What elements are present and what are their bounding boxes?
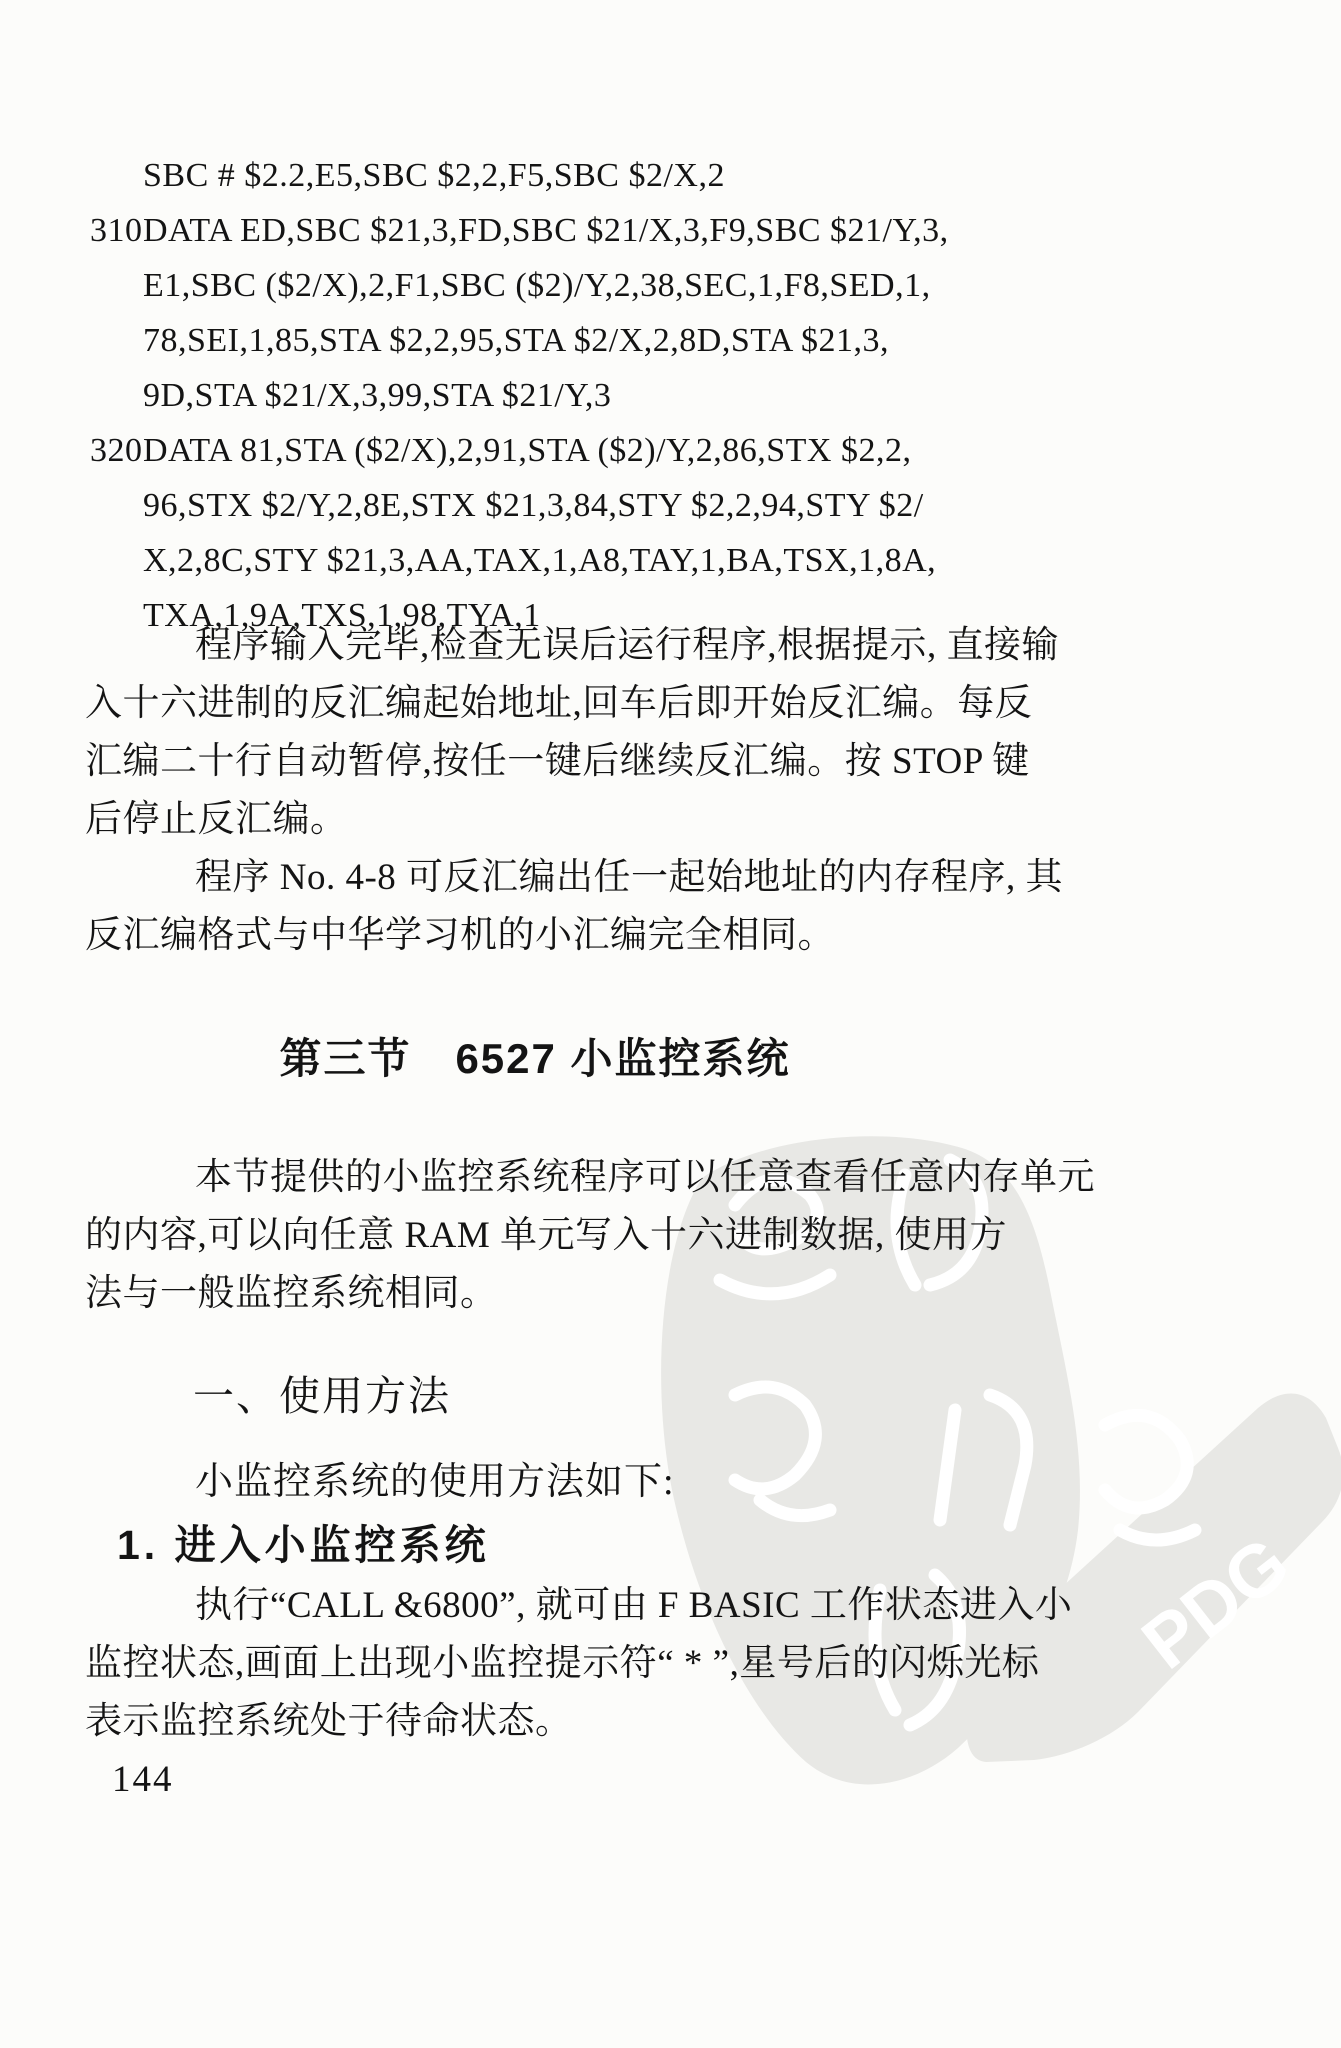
watermark-band [966, 1393, 1341, 1762]
watermark-pdg-text: PDG [1127, 1520, 1304, 1684]
text-line: 程序输入完毕,检查无误后运行程序,根据提示, 直接输 [85, 620, 985, 678]
basic-code-listing: SBC # $2.2,E5,SBC $2,2,F5,SBC $2/X,2 310… [90, 148, 1020, 643]
text-line: 表示监控系统处于待命状态。 [85, 1696, 985, 1754]
code-line-text: E1,SBC ($2/X),2,F1,SBC ($2)/Y,2,38,SEC,1… [143, 267, 931, 304]
code-line-text: SBC # $2.2,E5,SBC $2,2,F5,SBC $2/X,2 [143, 157, 725, 194]
text-line: 反汇编格式与中华学习机的小汇编完全相同。 [85, 910, 985, 968]
paragraph-enter-monitor: 执行“CALL &6800”, 就可由 F BASIC 工作状态进入小 监控状态… [85, 1580, 985, 1754]
text-line: 本节提供的小监控系统程序可以任意查看任意内存单元 [85, 1152, 985, 1210]
text-line: 监控状态,画面上出现小监控提示符“ * ”,星号后的闪烁光标 [85, 1638, 985, 1696]
code-line: 310DATA ED,SBC $21,3,FD,SBC $21/X,3,F9,S… [90, 203, 1020, 258]
code-line: 9D,STA $21/X,3,99,STA $21/Y,3 [90, 368, 1020, 423]
code-line: X,2,8C,STY $21,3,AA,TAX,1,A8,TAY,1,BA,TS… [90, 533, 1020, 588]
code-line-text: 96,STX $2/Y,2,8E,STX $21,3,84,STY $2,2,9… [143, 487, 924, 524]
code-line-text: 9D,STA $21/X,3,99,STA $21/Y,3 [143, 377, 611, 414]
code-line: 96,STX $2/Y,2,8E,STX $21,3,84,STY $2,2,9… [90, 478, 1020, 533]
code-line: SBC # $2.2,E5,SBC $2,2,F5,SBC $2/X,2 [90, 148, 1020, 203]
code-line-text: 78,SEI,1,85,STA $2,2,95,STA $2/X,2,8D,ST… [143, 322, 889, 359]
code-line-text: DATA 81,STA ($2/X),2,91,STA ($2)/Y,2,86,… [143, 432, 911, 469]
paragraph-run-program: 程序输入完毕,检查无误后运行程序,根据提示, 直接输 入十六进制的反汇编起始地址… [85, 620, 985, 852]
code-line: E1,SBC ($2/X),2,F1,SBC ($2)/Y,2,38,SEC,1… [90, 258, 1020, 313]
subsection-heading-usage: 一、使用方法 [193, 1372, 451, 1420]
section-heading: 第三节 6527 小监控系统 [85, 1033, 985, 1085]
code-line-number: 310 [90, 203, 143, 258]
book-page: PDG SBC # $2.2,E5,SBC $2,2,F5,SBC $2/X,2… [0, 0, 1341, 2048]
text-line: 入十六进制的反汇编起始地址,回车后即开始反汇编。每反 [85, 678, 985, 736]
text-line: 执行“CALL &6800”, 就可由 F BASIC 工作状态进入小 [85, 1580, 985, 1638]
usage-intro-line: 小监控系统的使用方法如下: [195, 1458, 675, 1506]
code-line-text: X,2,8C,STY $21,3,AA,TAX,1,A8,TAY,1,BA,TS… [143, 542, 936, 579]
text-line: 的内容,可以向任意 RAM 单元写入十六进制数据, 使用方 [85, 1210, 985, 1268]
code-line-text: DATA ED,SBC $21,3,FD,SBC $21/X,3,F9,SBC … [143, 212, 949, 249]
text-line: 汇编二十行自动暂停,按任一键后继续反汇编。按 STOP 键 [85, 736, 985, 794]
paragraph-monitor-intro: 本节提供的小监控系统程序可以任意查看任意内存单元 的内容,可以向任意 RAM 单… [85, 1152, 985, 1326]
numbered-heading-enter-monitor: 1. 进入小监控系统 [117, 1520, 490, 1570]
code-line-number: 320 [90, 423, 143, 478]
paragraph-program-no48: 程序 No. 4-8 可反汇编出任一起始地址的内存程序, 其 反汇编格式与中华学… [85, 852, 985, 968]
code-line: 320DATA 81,STA ($2/X),2,91,STA ($2)/Y,2,… [90, 423, 1020, 478]
page-number: 144 [112, 1758, 174, 1801]
code-line: 78,SEI,1,85,STA $2,2,95,STA $2/X,2,8D,ST… [90, 313, 1020, 368]
text-line: 法与一般监控系统相同。 [85, 1268, 985, 1326]
text-line: 程序 No. 4-8 可反汇编出任一起始地址的内存程序, 其 [85, 852, 985, 910]
text-line: 后停止反汇编。 [85, 794, 985, 852]
